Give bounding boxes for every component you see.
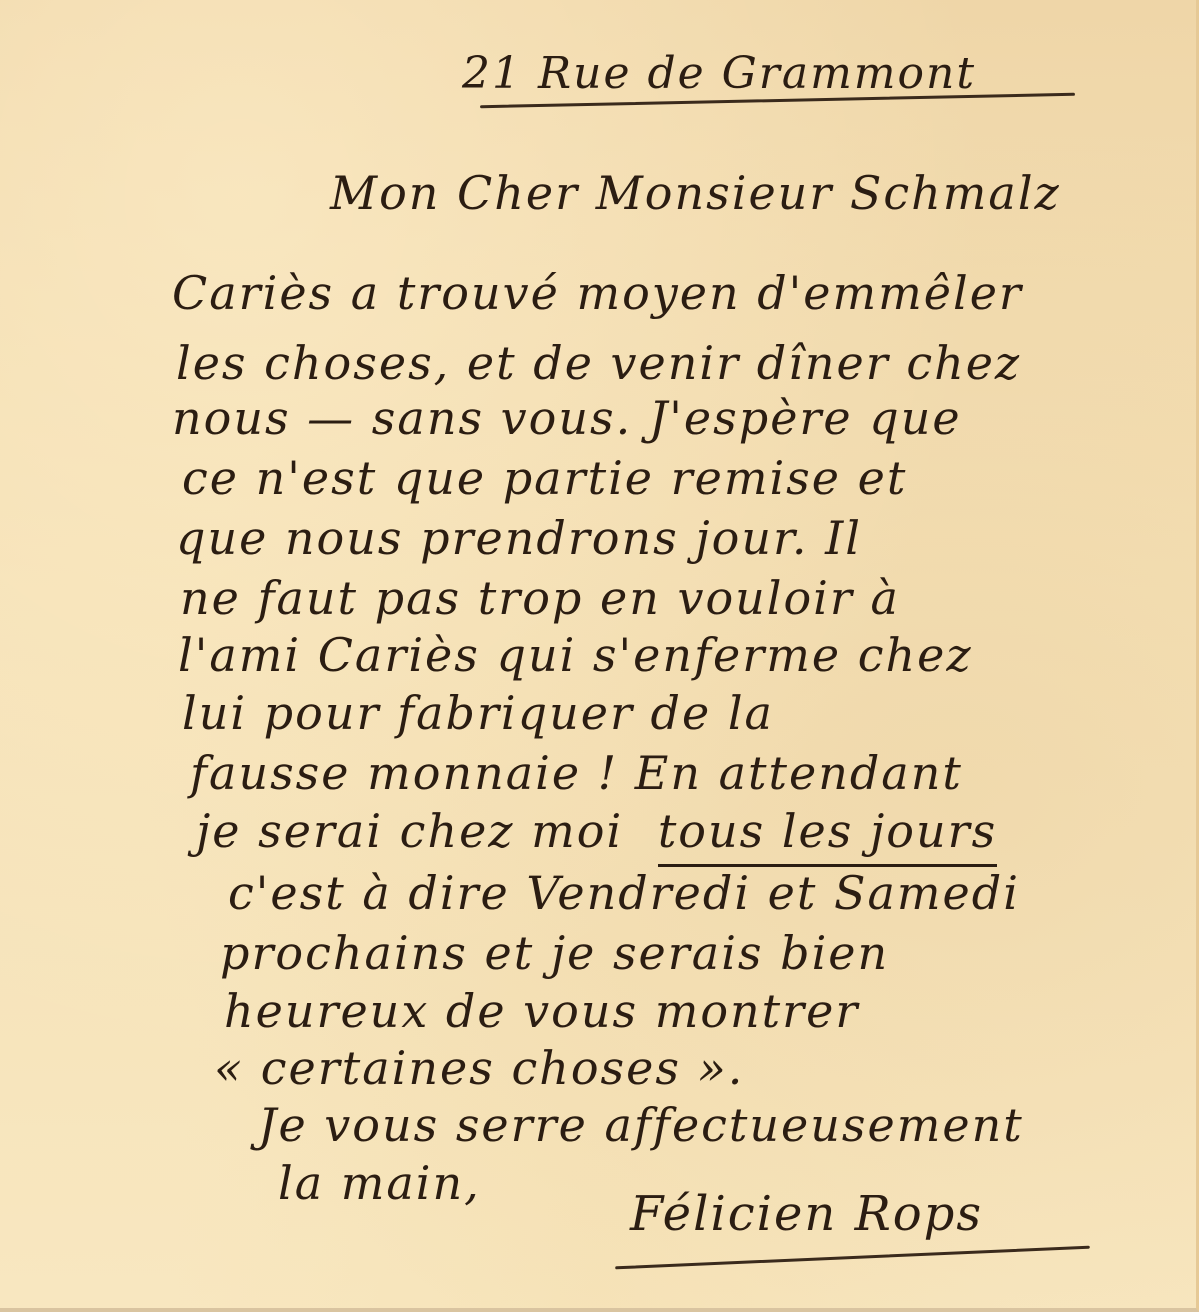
body-line-2: les choses, et de venir dîner chez bbox=[176, 340, 1021, 386]
body-line-10-text: je serai chez moi bbox=[196, 804, 623, 858]
body-line-1: Cariès a trouvé moyen d'emmêler bbox=[172, 270, 1023, 316]
body-line-9: fausse monnaie ! En attendant bbox=[190, 750, 963, 796]
closing-line-1: Je vous serre affectueusement bbox=[258, 1102, 1024, 1148]
body-line-6: ne faut pas trop en vouloir à bbox=[180, 575, 900, 621]
body-line-12: prochains et je serais bien bbox=[220, 930, 889, 976]
underlined-phrase: tous les jours bbox=[658, 804, 997, 867]
body-line-7: l'ami Cariès qui s'enferme chez bbox=[178, 632, 973, 678]
letter-page: 21 Rue de Grammont Mon Cher Monsieur Sch… bbox=[0, 0, 1199, 1312]
body-line-10: je serai chez moi tous les jours bbox=[196, 808, 997, 854]
salutation: Mon Cher Monsieur Schmalz bbox=[330, 170, 1061, 216]
body-line-11: c'est à dire Vendredi et Samedi bbox=[228, 870, 1020, 916]
address-line: 21 Rue de Grammont bbox=[462, 52, 976, 96]
body-line-3: nous — sans vous. J'espère que bbox=[172, 395, 962, 441]
body-line-13: heureux de vous montrer bbox=[224, 988, 859, 1034]
signature: Félicien Rops bbox=[630, 1190, 983, 1238]
signature-underline bbox=[615, 1246, 1090, 1270]
body-line-4: ce n'est que partie remise et bbox=[182, 455, 907, 501]
body-line-8: lui pour fabriquer de la bbox=[182, 690, 774, 736]
body-line-14: « certaines choses ». bbox=[214, 1045, 744, 1091]
closing-line-2: la main, bbox=[278, 1160, 481, 1206]
body-line-5: que nous prendrons jour. Il bbox=[176, 515, 862, 561]
